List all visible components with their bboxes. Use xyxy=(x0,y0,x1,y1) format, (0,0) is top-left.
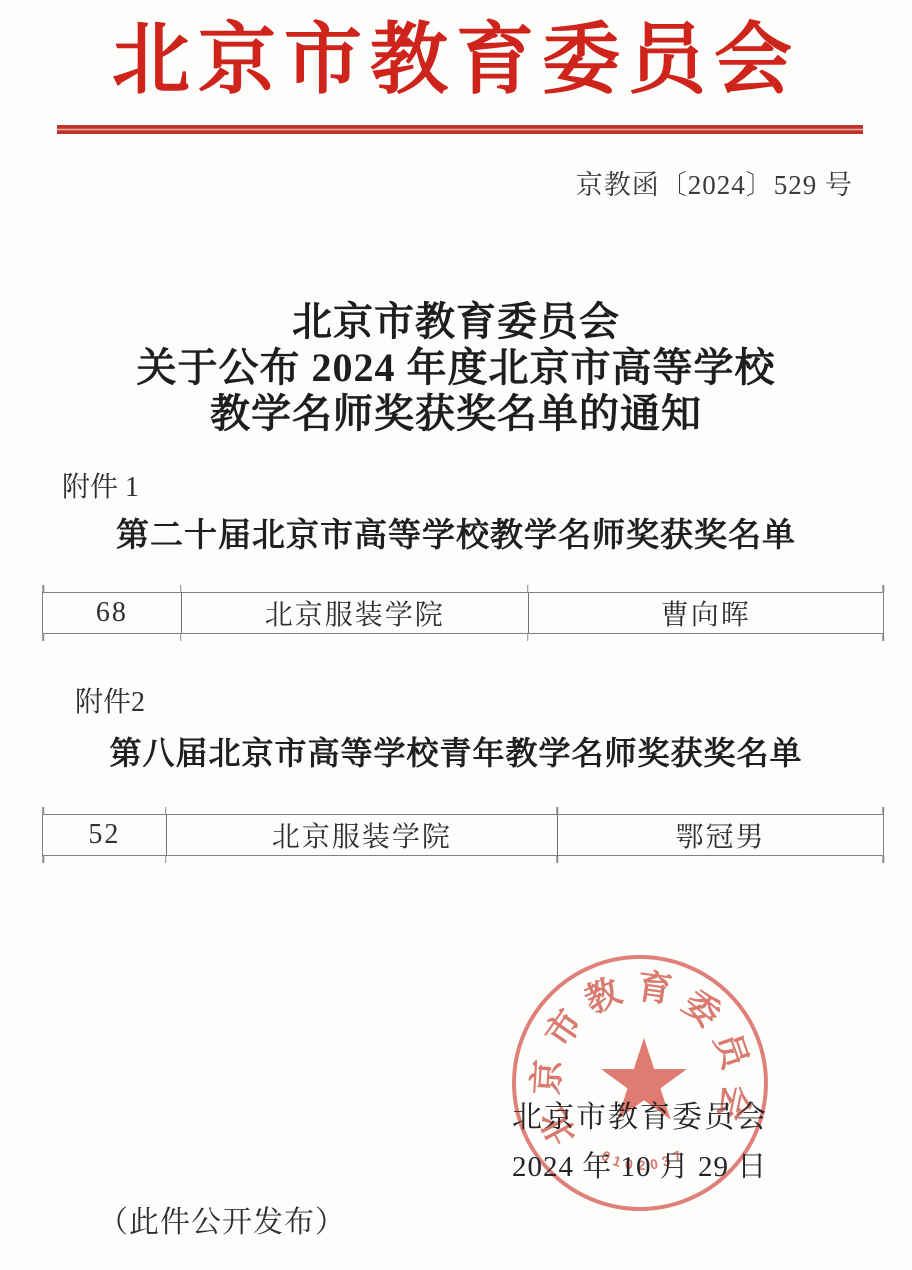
table-border-stub xyxy=(527,634,529,641)
table-border-stub xyxy=(882,807,884,814)
letterhead-org-title: 北京市教育委员会 xyxy=(0,8,912,112)
document-number: 京教函〔2024〕529 号 xyxy=(576,170,853,200)
attachment-2-table: 52 北京服装学院 鄂冠男 xyxy=(42,814,884,856)
table-border-stub xyxy=(42,634,44,641)
seal-arc-char: 员 xyxy=(704,1025,763,1075)
table-border-stub xyxy=(180,634,182,641)
table-cell-rank: 52 xyxy=(43,815,166,855)
table-border-stub xyxy=(180,585,182,592)
table-border-stub xyxy=(556,807,558,814)
public-release-note: （此件公开发布） xyxy=(98,1207,346,1239)
notice-title-line-3: 教学名师奖获奖名单的通知 xyxy=(0,391,912,437)
table-border-stub xyxy=(165,856,167,863)
attachment-1-table: 68 北京服装学院 曹向晖 xyxy=(42,592,884,634)
table-border-stub xyxy=(556,856,558,863)
table-border-stub xyxy=(527,585,529,592)
notice-title-line-1: 北京市教育委员会 xyxy=(0,299,912,345)
table-border-stub xyxy=(42,856,44,863)
letterhead-red-rule xyxy=(57,125,863,134)
seal-arc-char: 育 xyxy=(634,959,675,1013)
table-border-stub xyxy=(882,585,884,592)
table-cell-rank: 68 xyxy=(43,593,181,633)
table-border-stub xyxy=(882,856,884,863)
attachment-1-list-title: 第二十届北京市高等学校教学名师奖获奖名单 xyxy=(0,516,912,556)
seal-arc-char: 教 xyxy=(576,964,628,1024)
table-border-stub xyxy=(882,634,884,641)
notice-title-line-2: 关于公布 2024 年度北京市高等学校 xyxy=(0,345,912,391)
seal-arc-char: 市 xyxy=(531,998,592,1055)
notice-title: 北京市教育委员会 关于公布 2024 年度北京市高等学校 教学名师奖获奖名单的通… xyxy=(0,299,912,437)
table-cell-winner: 曹向晖 xyxy=(528,593,883,633)
table-cell-school: 北京服装学院 xyxy=(166,815,557,855)
seal-arc-char: 京 xyxy=(519,1058,571,1096)
table-border-stub xyxy=(42,807,44,814)
attachment-1-label: 附件 1 xyxy=(62,472,139,504)
attachment-2-list-title: 第八届北京市高等学校青年教学名师奖获奖名单 xyxy=(0,733,912,773)
official-notice-page: 北京市教育委员会 京教函〔2024〕529 号 北京市教育委员会 关于公布 20… xyxy=(0,0,912,1270)
attachment-2-label: 附件2 xyxy=(75,687,145,719)
table-cell-school: 北京服装学院 xyxy=(181,593,528,633)
signoff-date: 2024 年 10 月 29 日 xyxy=(512,1151,767,1183)
table-border-stub xyxy=(165,807,167,814)
table-cell-winner: 鄂冠男 xyxy=(557,815,883,855)
table-border-stub xyxy=(42,585,44,592)
signoff-org: 北京市教育委员会 xyxy=(512,1102,768,1134)
